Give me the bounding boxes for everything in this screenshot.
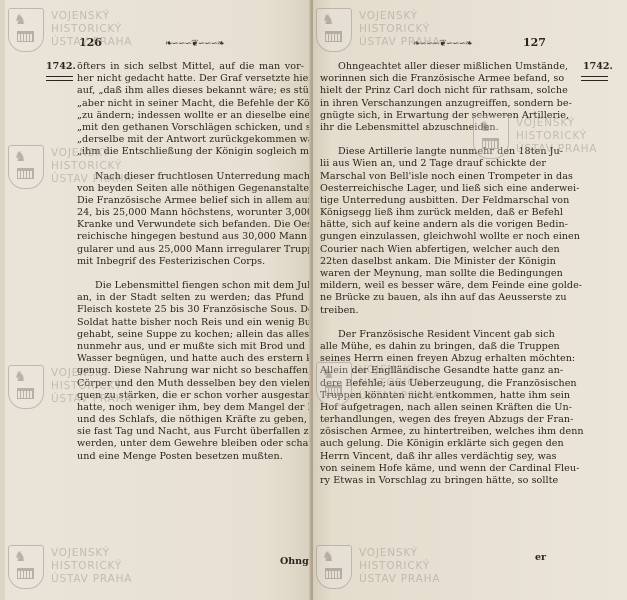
text-line: von seinem Hofe käme, und wenn der Cardi… — [320, 463, 546, 475]
watermark-line: VOJENSKÝ — [359, 364, 440, 377]
text-line: gungen einzulassen, gleichwohl wollte er… — [320, 231, 546, 243]
text-line: reichische hingegen bestund aus 30,000 M… — [77, 231, 304, 243]
paragraph-gap — [77, 268, 304, 280]
watermark-line: HISTORICKÝ — [51, 380, 132, 393]
text-line: Fleisch kostete 25 bis 30 Französische S… — [77, 304, 304, 316]
watermark-line: VOJENSKÝ — [51, 367, 132, 380]
watermark-line: ÚSTAV PRAHA — [51, 393, 132, 406]
page-number: 127 — [523, 36, 546, 49]
lion-and-temple-shield-icon: ♞ — [8, 145, 44, 189]
text-line: an, in der Stadt selten zu werden; das P… — [77, 292, 304, 304]
text-line: sie fast Tag und Nacht, aus Furcht überf… — [77, 426, 304, 438]
text-line: Ohngeachtet aller dieser mißlichen Umstä… — [320, 61, 546, 73]
watermark-line: VOJENSKÝ — [516, 117, 597, 130]
margin-rule — [581, 76, 608, 81]
text-line: waren der Meynung, man sollte die Beding… — [320, 268, 546, 280]
text-line: 22ten daselbst ankam. Die Minister der K… — [320, 256, 546, 268]
watermark: ♞ VOJENSKÝHISTORICKÝÚSTAV PRAHA — [8, 145, 148, 197]
watermark-line: ÚSTAV PRAHA — [51, 173, 132, 186]
margin-year: 1742. — [46, 61, 76, 72]
text-line: Courier nach Wien abfertigen, welcher au… — [320, 244, 546, 256]
text-line: Wasser begnügen, und hatte auch des erst… — [77, 353, 304, 365]
text-line: auch gelung. Die Königin erklärte sich g… — [320, 438, 546, 450]
text-line: Die Lebensmittel fiengen schon mit dem J… — [77, 280, 304, 292]
watermark-line: VOJENSKÝ — [51, 10, 132, 23]
header-ornament: ❧∽∽∽❦∽∽∽❧ — [165, 39, 224, 49]
catchword: er — [535, 552, 546, 563]
text-line: „mit den gethanen Vorschlägen schicken, … — [77, 122, 304, 134]
watermark-line: ÚSTAV PRAHA — [359, 390, 440, 403]
text-line: Königsegg ließ ihm zurück melden, daß er… — [320, 207, 546, 219]
text-line: nunmehr aus, und er mußte sich mit Brod … — [77, 341, 304, 353]
watermark-line: HISTORICKÝ — [516, 130, 597, 143]
text-line: Soldat hatte bisher noch Reis und ein we… — [77, 317, 304, 329]
watermark-line: HISTORICKÝ — [51, 23, 132, 36]
margin-year: 1742. — [583, 61, 613, 72]
watermark-line: HISTORICKÝ — [51, 560, 132, 573]
watermark: ♞ VOJENSKÝHISTORICKÝÚSTAV PRAHA — [316, 8, 456, 60]
watermark-line: ÚSTAV PRAHA — [51, 36, 132, 49]
watermark-line: HISTORICKÝ — [359, 377, 440, 390]
text-line: „aber nicht in seiner Macht, die Befehle… — [77, 98, 304, 110]
text-line: mit Inbegrif des Festerizischen Corps. — [77, 256, 304, 268]
text-line: Oesterreichische Lager, und ließ sich ei… — [320, 183, 546, 195]
watermark-line: ÚSTAV PRAHA — [51, 573, 132, 586]
right-page: ❧∽∽∽❦∽∽∽❧ 127 1742. Ohngeachtet aller di… — [313, 0, 627, 600]
text-line: ne Brücke zu bauen, als ihn auf das Aeus… — [320, 292, 546, 304]
watermark-line: VOJENSKÝ — [359, 547, 440, 560]
text-line: hätte, sich auf keine andern als die vor… — [320, 219, 546, 231]
text-line: öfters in sich selbst Mittel, auf die ma… — [77, 61, 304, 73]
watermark-line: HISTORICKÝ — [359, 560, 440, 573]
text-line: „zu ändern; indessen wollte er an diesel… — [77, 110, 304, 122]
lion-and-temple-shield-icon: ♞ — [8, 545, 44, 589]
text-line: gularer und aus 25,000 Mann irregularer … — [77, 244, 304, 256]
text-line: tige Unterredung ausbitten. Der Feldmars… — [320, 195, 546, 207]
watermark: ♞ VOJENSKÝHISTORICKÝÚSTAV PRAHA — [316, 545, 456, 597]
text-line: hielt der Prinz Carl doch nicht für rath… — [320, 85, 546, 97]
text-line: her nicht gedacht hatte. Der Graf verset… — [77, 73, 304, 85]
book-spread: 126 ❧∽∽∽❦∽∽∽❧ 1742. öfters in sich selbs… — [0, 0, 627, 600]
watermark-line: ÚSTAV PRAHA — [359, 573, 440, 586]
text-line: 24, bis 25,000 Mann höchstens, worunter … — [77, 207, 304, 219]
watermark-line: HISTORICKÝ — [359, 23, 440, 36]
text-line: alle Mühe, es dahin zu bringen, daß die … — [320, 341, 546, 353]
text-line: terhandlungen, wegen des freyen Abzugs d… — [320, 414, 546, 426]
text-line: ry Etwas in Vorschlag zu bringen hätte, … — [320, 475, 546, 487]
paragraph-gap — [320, 317, 546, 329]
text-line: Kranke und Verwundete sich befanden. Die… — [77, 219, 304, 231]
text-line: Marschal von Bell'isle noch einen Trompe… — [320, 171, 546, 183]
lion-and-temple-shield-icon: ♞ — [8, 365, 44, 409]
watermark: ♞ VOJENSKÝHISTORICKÝÚSTAV PRAHA — [8, 545, 148, 597]
watermark: ♞ VOJENSKÝHISTORICKÝÚSTAV PRAHA — [8, 365, 148, 417]
watermark-line: VOJENSKÝ — [51, 147, 132, 160]
watermark-line: ÚSTAV PRAHA — [516, 143, 597, 156]
text-line: auf, „daß ihm alles dieses bekannt wäre;… — [77, 85, 304, 97]
lion-and-temple-shield-icon: ♞ — [473, 115, 509, 159]
text-line: worinnen sich die Französische Armee bef… — [320, 73, 546, 85]
text-line: Der Französische Resident Vincent gab si… — [320, 329, 546, 341]
lion-and-temple-shield-icon: ♞ — [316, 8, 352, 52]
text-line: Herrn Vincent, daß ihr alles verdächtig … — [320, 451, 546, 463]
lion-and-temple-shield-icon: ♞ — [316, 362, 352, 406]
page-edge — [0, 0, 5, 600]
text-line: in ihren Verschanzungen anzugreiffen, so… — [320, 98, 546, 110]
text-line: mildern, weil es besser wäre, dem Feinde… — [320, 280, 546, 292]
watermark: ♞ VOJENSKÝHISTORICKÝÚSTAV PRAHA — [316, 362, 456, 414]
watermark-line: VOJENSKÝ — [359, 10, 440, 23]
watermark: ♞ VOJENSKÝHISTORICKÝÚSTAV PRAHA — [8, 8, 148, 60]
margin-rule — [46, 76, 73, 81]
catchword: Ohng- — [280, 556, 313, 567]
lion-and-temple-shield-icon: ♞ — [8, 8, 44, 52]
text-line: gehabt, seine Suppe zu kochen; allein da… — [77, 329, 304, 341]
text-line: zösischen Armee, zu hintertreiben, welch… — [320, 426, 546, 438]
text-line: und eine Menge Posten besetzen mußten. — [77, 451, 304, 463]
watermark: ♞ VOJENSKÝHISTORICKÝÚSTAV PRAHA — [473, 115, 613, 167]
watermark-line: VOJENSKÝ — [51, 547, 132, 560]
watermark-line: HISTORICKÝ — [51, 160, 132, 173]
text-line: werden, unter dem Gewehre bleiben oder s… — [77, 438, 304, 450]
lion-and-temple-shield-icon: ♞ — [316, 545, 352, 589]
text-line: treiben. — [320, 305, 546, 317]
left-page: 126 ❧∽∽∽❦∽∽∽❧ 1742. öfters in sich selbs… — [0, 0, 313, 600]
watermark-line: ÚSTAV PRAHA — [359, 36, 440, 49]
